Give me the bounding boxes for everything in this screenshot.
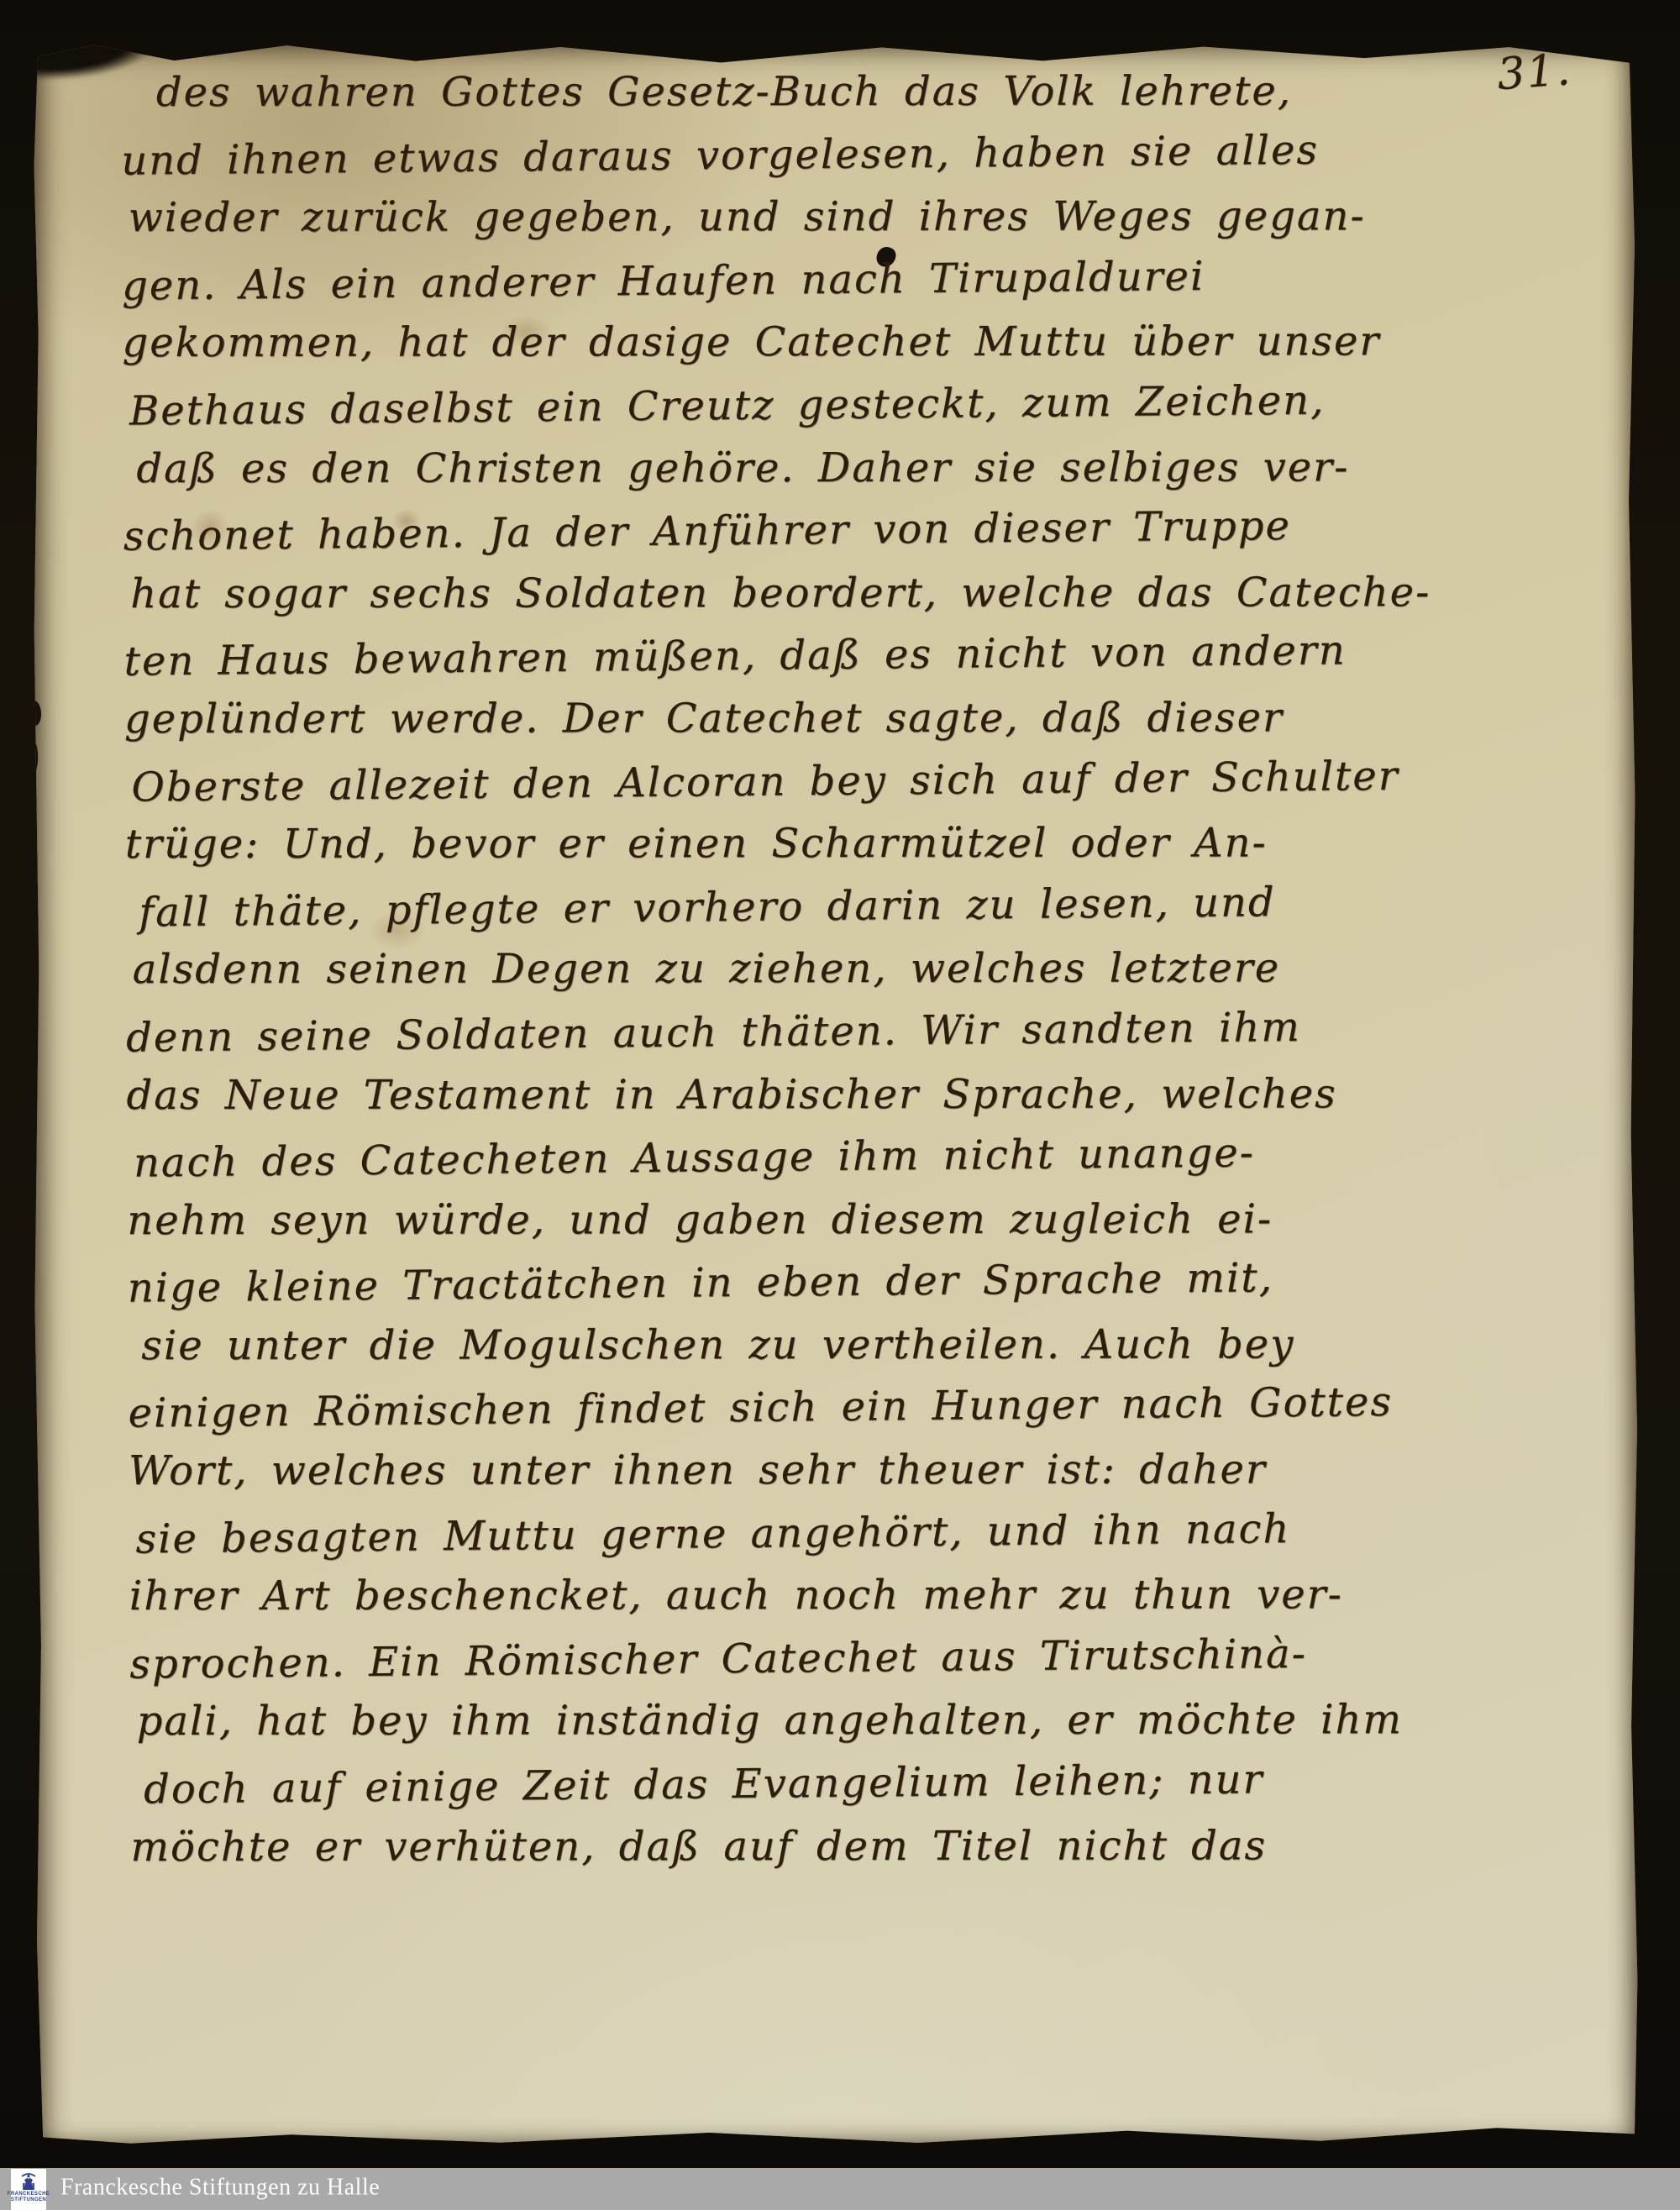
manuscript-line: wieder zurück gegeben, und sind ihres We… — [122, 185, 1516, 249]
manuscript-text-block: des wahren Gottes Gesetz-Buch das Volk l… — [121, 56, 1525, 1881]
manuscript-line: gen. Als ein anderer Haufen nach Tirupal… — [122, 242, 1517, 318]
manuscript-line: nach des Catecheten Aussage ihm nicht un… — [127, 1120, 1522, 1195]
manuscript-line: trüge: Und, bevor er einen Scharmützel o… — [125, 811, 1520, 876]
manuscript-line: geplündert werde. Der Catechet sagte, da… — [124, 686, 1519, 751]
manuscript-line: alsdenn seinen Degen zu ziehen, welches … — [126, 937, 1520, 1001]
manuscript-line: denn seine Soldaten auch thäten. Wir san… — [126, 994, 1521, 1069]
manuscript-line: sie besagten Muttu gerne angehört, und i… — [129, 1495, 1524, 1571]
eagle-sun-emblem-icon — [18, 2171, 39, 2192]
manuscript-line: und ihnen etwas daraus vorgelesen, haben… — [121, 117, 1516, 192]
manuscript-line: möchte er verhüten, daß auf dem Titel ni… — [130, 1814, 1525, 1879]
manuscript-line: nige kleine Tractätchen in eben der Spra… — [127, 1245, 1522, 1320]
manuscript-line: Oberste allezeit den Alcoran bey sich au… — [124, 743, 1520, 819]
footer-institution-label: Franckesche Stiftungen zu Halle — [60, 2175, 380, 2202]
manuscript-line: gekommen, hat der dasige Catechet Muttu … — [122, 310, 1516, 375]
manuscript-line: des wahren Gottes Gesetz-Buch das Volk l… — [121, 60, 1515, 124]
manuscript-line: nehm seyn würde, und gaben diesem zuglei… — [127, 1188, 1521, 1252]
logo-caption-line2: STIFTUNGEN — [11, 2197, 46, 2203]
manuscript-line: hat sogar sechs Soldaten beordert, welch… — [123, 561, 1518, 626]
manuscript-line: das Neue Testament in Arabischer Sprache… — [126, 1063, 1520, 1127]
ink-blot — [28, 741, 38, 774]
franckesche-stiftungen-logo: FRANCKESCHE STIFTUNGEN — [11, 2169, 46, 2210]
footer-bar: FRANCKESCHE STIFTUNGEN Franckesche Stift… — [0, 2168, 1680, 2210]
manuscript-line: Bethaus daselbst ein Creutz gesteckt, zu… — [123, 367, 1518, 443]
manuscript-line: ten Haus bewahren müßen, daß es nicht vo… — [123, 618, 1519, 694]
manuscript-line: einigen Römischen findet sich ein Hunger… — [128, 1370, 1523, 1446]
manuscript-paper: 31. des wahren Gottes Gesetz-Buch das Vo… — [29, 35, 1641, 2152]
manuscript-line: daß es den Christen gehöre. Daher sie se… — [123, 436, 1517, 501]
manuscript-line: schonet haben. Ja der Anführer von diese… — [123, 493, 1518, 569]
ink-blot — [28, 701, 41, 726]
manuscript-line: doch auf einige Zeit das Evangelium leih… — [130, 1746, 1525, 1822]
manuscript-line: sie unter die Mogulschen zu vertheilen. … — [128, 1313, 1522, 1378]
manuscript-line: fall thäte, pflegte er vorhero darin zu … — [125, 869, 1520, 944]
manuscript-line: pali, hat bey ihm inständig angehalten, … — [130, 1688, 1525, 1753]
manuscript-line: ihrer Art beschencket, auch noch mehr zu… — [129, 1563, 1524, 1628]
manuscript-line: sprochen. Ein Römischer Catechet aus Tir… — [129, 1620, 1525, 1696]
manuscript-scan-page: 31. des wahren Gottes Gesetz-Buch das Vo… — [0, 0, 1680, 2210]
manuscript-line: Wort, welches unter ihnen sehr theuer is… — [129, 1438, 1523, 1503]
